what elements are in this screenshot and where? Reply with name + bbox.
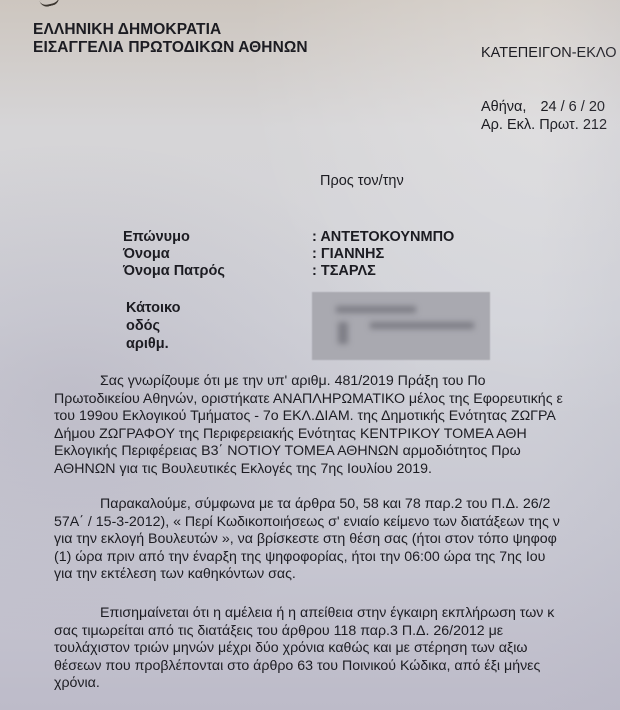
date-value: 24 / 6 / 20 [540,99,605,115]
residence-label: Κάτοικο [126,300,180,316]
text-line: Πρωτοδικείου Αθηνών, οριστήκατε ΑΝΑΠΛΗΡΩ… [54,391,620,409]
text-line: (1) ώρα πριν από την έναρξη της ψηφοφορί… [54,549,620,567]
text-line: 57Α΄ / 15-3-2012), « Περί Κωδικοποιήσεως… [54,514,620,532]
text-line: Παρακαλούμε, σύμφωνα με τα άρθρα 50, 58 … [54,496,620,514]
protocol-number: Αρ. Εκλ. Πρωτ. 212 [481,117,607,133]
document-page: ΕΛΛΗΝΙΚΗ ΔΗΜΟΚΡΑΤΙΑ ΕΙΣΑΓΓΕΛΙΑ ΠΡΩΤΟΔΙΚΩ… [0,0,620,710]
paragraph-instructions: Παρακαλούμε, σύμφωνα με τα άρθρα 50, 58 … [54,496,620,584]
first-name-label: Όνομα [123,246,170,262]
number-label: αριθμ. [126,336,169,352]
text-line: Επισημαίνεται ότι η αμέλεια ή η απείθεια… [54,605,620,623]
text-line: σας τιμωρείται από τις διατάξεις του άρθ… [54,623,620,641]
surname-value: : ΑΝΤΕΤΟΚΟΥΝΜΠΟ [312,229,454,245]
father-name-label: Όνομα Πατρός [123,263,225,279]
header-prosecutor-office: ΕΙΣΑΓΓΕΛΙΑ ΠΡΩΤΟΔΙΚΩΝ ΑΘΗΝΩΝ [33,38,308,57]
paragraph-appointment: Σας γνωρίζουμε ότι με την υπ' αριθμ. 481… [54,373,620,479]
header-republic: ΕΛΛΗΝΙΚΗ ΔΗΜΟΚΡΑΤΙΑ [33,20,221,39]
street-label: οδός [126,318,160,334]
text-line: Εκλογικής Περιφέρειας Β3΄ ΝΟΤΙΟΥ ΤΟΜΕΑ Α… [54,443,620,461]
redacted-address [312,292,490,360]
urgency-label: ΚΑΤΕΠΕΙΓΟΝ-ΕΚΛΟ [481,45,617,61]
text-line: ΑΘΗΝΩΝ για τις Βουλευτικές Εκλογές της 7… [54,461,620,479]
text-line: του 199ου Εκλογικού Τμήματος - 7ο ΕΚΛ.ΔΙ… [54,408,620,426]
text-line: τουλάχιστον τριών μηνών μέχρι δύο χρόνια… [54,640,620,658]
text-line: για την εκλογή Βουλευτών », να βρίσκεστε… [54,531,620,549]
document-date: Αθήνα,24 / 6 / 20 [481,99,605,115]
first-name-value: : ΓΙΑΝΝΗΣ [312,246,384,262]
date-label: Αθήνα, [481,99,526,115]
father-name-value: : ΤΣΑΡΛΣ [312,263,376,279]
surname-label: Επώνυμο [123,229,190,245]
text-line: Δήμου ΖΩΓΡΑΦΟΥ της Περιφερειακής Ενότητα… [54,426,620,444]
text-line: χρόνια. [54,675,620,693]
text-line: θέσεων που προβλέπονται στο άρθρο 63 του… [54,658,620,676]
text-line: Σας γνωρίζουμε ότι με την υπ' αριθμ. 481… [54,373,620,391]
addressee-heading: Προς τον/την [320,173,404,189]
pen-mark [39,0,60,8]
text-line: για την εκτέλεση των καθηκόντων σας. [54,566,620,584]
paragraph-penalties: Επισημαίνεται ότι η αμέλεια ή η απείθεια… [54,605,620,693]
